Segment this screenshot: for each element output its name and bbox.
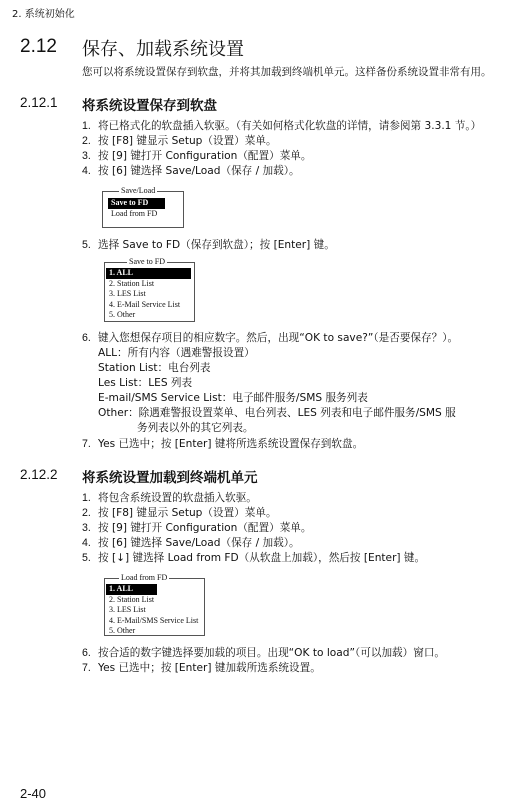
menu-item-email-service-list[interactable]: 4. E-Mail Service List xyxy=(106,300,191,311)
menu-item-load-from-fd[interactable]: Load from FD xyxy=(108,209,165,220)
running-header: 2. 系统初始化 xyxy=(12,5,75,20)
detail-email-sms-list: E-mail/SMS Service List：电子邮件服务/SMS 服务列表 xyxy=(98,390,368,405)
step-number: 3. xyxy=(82,150,98,162)
step-number: 1. xyxy=(82,492,98,504)
menu-item-other[interactable]: 5. Other xyxy=(106,626,201,637)
step-text: 按 [6] 键选择 Save/Load（保存 / 加载）。 xyxy=(98,165,300,177)
step-7: 7.Yes 已选中；按 [Enter] 键将所选系统设置保存到软盘。 xyxy=(82,436,363,451)
step-2: 2.按 [F8] 键显示 Setup（设置）菜单。 xyxy=(82,505,277,520)
save-to-fd-menu: Save to FD 1. ALL 2. Station List 3. LES… xyxy=(104,262,195,322)
section-number: 2.12 xyxy=(20,36,57,58)
step-3: 3.按 [9] 键打开 Configuration（配置）菜单。 xyxy=(82,148,311,163)
step-5: 5.按 [↓] 键选择 Load from FD（从软盘上加载），然后按 [En… xyxy=(82,550,425,565)
detail-les-list: Les List：LES 列表 xyxy=(98,375,192,390)
step-number: 7. xyxy=(82,662,98,674)
step-text: 选择 Save to FD（保存到软盘）；按 [Enter] 键。 xyxy=(98,239,335,251)
subsection-title: 将系统设置保存到软盘 xyxy=(82,94,217,114)
menu-item-station-list[interactable]: 2. Station List xyxy=(106,279,191,290)
step-number: 2. xyxy=(82,135,98,147)
step-number: 6. xyxy=(82,647,98,659)
section-title: 保存、加载系统设置 xyxy=(82,35,244,61)
step-6: 6.键入您想保存项目的相应数字。然后，出现“OK to save?”（是否要保存… xyxy=(82,330,458,345)
step-text: 按 [6] 键选择 Save/Load（保存 / 加载）。 xyxy=(98,537,300,549)
page-number: 2-40 xyxy=(20,786,46,801)
menu-item-les-list[interactable]: 3. LES List xyxy=(106,605,201,616)
load-from-fd-menu: Load from FD 1. ALL 2. Station List 3. L… xyxy=(104,578,205,636)
detail-all: ALL：所有内容（遇难警报设置） xyxy=(98,345,255,360)
step-number: 7. xyxy=(82,438,98,450)
saveload-menu: Save/Load Save to FD Load from FD xyxy=(102,191,184,228)
menu-title: Save to FD xyxy=(127,257,167,267)
detail-other: Other：除遇难警报设置菜单、电台列表、LES 列表和电子邮件服务/SMS 服 xyxy=(98,405,456,420)
step-1: 1.将包含系统设置的软盘插入软驱。 xyxy=(82,490,257,505)
step-text: 按 [9] 键打开 Configuration（配置）菜单。 xyxy=(98,522,311,534)
step-number: 3. xyxy=(82,522,98,534)
step-text: 键入您想保存项目的相应数字。然后，出现“OK to save?”（是否要保存？）… xyxy=(98,332,458,344)
menu-item-all[interactable]: 1. ALL xyxy=(106,584,157,595)
step-text: Yes 已选中；按 [Enter] 键将所选系统设置保存到软盘。 xyxy=(98,438,363,450)
step-number: 1. xyxy=(82,120,98,132)
menu-item-save-to-fd[interactable]: Save to FD xyxy=(108,198,165,209)
step-5: 5.选择 Save to FD（保存到软盘）；按 [Enter] 键。 xyxy=(82,237,335,252)
step-2: 2.按 [F8] 键显示 Setup（设置）菜单。 xyxy=(82,133,277,148)
subsection-title: 将系统设置加载到终端机单元 xyxy=(82,466,258,486)
section-intro: 您可以将系统设置保存到软盘，并将其加载到终端机单元。这样备份系统设置非常有用。 xyxy=(82,64,492,79)
detail-other-continued: 务列表以外的其它列表。 xyxy=(137,420,254,435)
step-1: 1.将已格式化的软盘插入软驱。（有关如何格式化软盘的详情，请参阅第 3.3.1 … xyxy=(82,118,481,133)
step-6: 6.按合适的数字键选择要加载的项目。出现“OK to load”（可以加载）窗口… xyxy=(82,645,445,660)
step-number: 5. xyxy=(82,552,98,564)
step-text: 将包含系统设置的软盘插入软驱。 xyxy=(98,492,257,504)
step-text: 按 [9] 键打开 Configuration（配置）菜单。 xyxy=(98,150,311,162)
menu-title: Load from FD xyxy=(119,573,169,583)
step-number: 5. xyxy=(82,239,98,251)
subsection-number: 2.12.1 xyxy=(20,95,58,110)
step-4: 4.按 [6] 键选择 Save/Load（保存 / 加载）。 xyxy=(82,163,300,178)
menu-item-all[interactable]: 1. ALL xyxy=(106,268,191,279)
menu-item-station-list[interactable]: 2. Station List xyxy=(106,595,201,606)
detail-station-list: Station List：电台列表 xyxy=(98,360,211,375)
step-4: 4.按 [6] 键选择 Save/Load（保存 / 加载）。 xyxy=(82,535,300,550)
step-text: 按 [F8] 键显示 Setup（设置）菜单。 xyxy=(98,135,277,147)
menu-item-les-list[interactable]: 3. LES List xyxy=(106,289,191,300)
step-text: 按合适的数字键选择要加载的项目。出现“OK to load”（可以加载）窗口。 xyxy=(98,647,445,659)
step-text: Yes 已选中；按 [Enter] 键加载所选系统设置。 xyxy=(98,662,321,674)
step-number: 4. xyxy=(82,165,98,177)
subsection-number: 2.12.2 xyxy=(20,467,58,482)
step-7: 7.Yes 已选中；按 [Enter] 键加载所选系统设置。 xyxy=(82,660,321,675)
step-number: 6. xyxy=(82,332,98,344)
step-text: 按 [F8] 键显示 Setup（设置）菜单。 xyxy=(98,507,277,519)
menu-item-email-sms-service-list[interactable]: 4. E-Mail/SMS Service List xyxy=(106,616,201,627)
menu-item-other[interactable]: 5. Other xyxy=(106,310,191,321)
step-number: 4. xyxy=(82,537,98,549)
step-number: 2. xyxy=(82,507,98,519)
step-3: 3.按 [9] 键打开 Configuration（配置）菜单。 xyxy=(82,520,311,535)
menu-title: Save/Load xyxy=(119,186,157,196)
step-text: 按 [↓] 键选择 Load from FD（从软盘上加载），然后按 [Ente… xyxy=(98,552,425,564)
step-text: 将已格式化的软盘插入软驱。（有关如何格式化软盘的详情，请参阅第 3.3.1 节。… xyxy=(98,120,481,132)
